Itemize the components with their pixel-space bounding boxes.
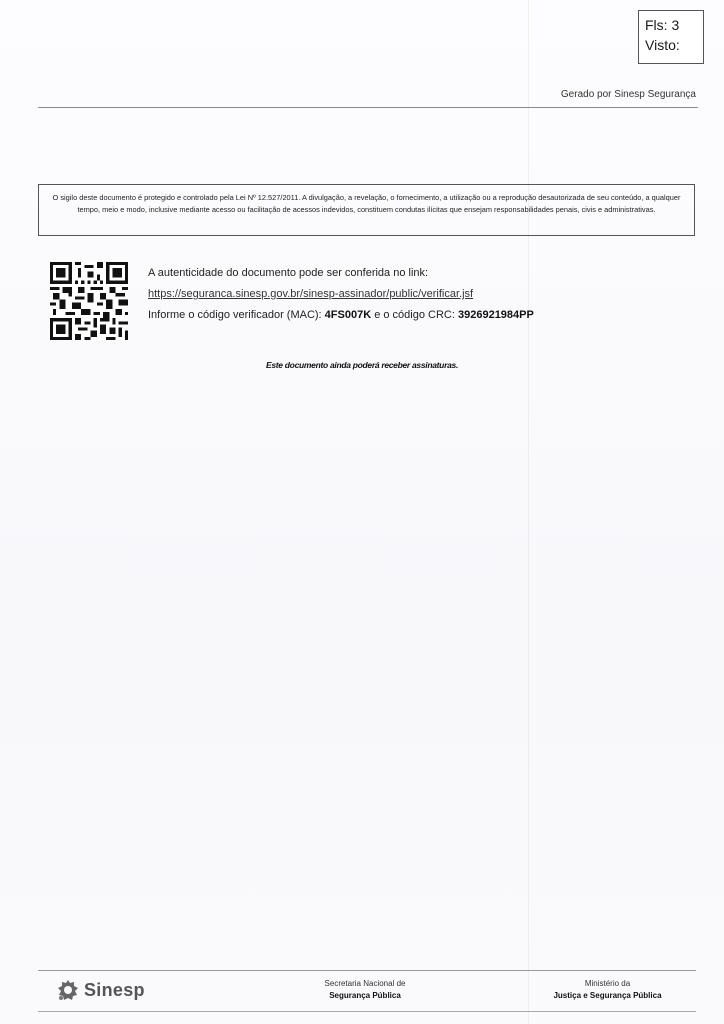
verification-block: A autenticidade do documento pode ser co… (148, 263, 534, 326)
footer-ministerio: Ministério da Justiça e Segurança Públic… (540, 978, 675, 1002)
sinesp-logo: Sinesp (56, 978, 145, 1002)
sheet-number: Fls: 3 (645, 15, 703, 35)
qr-code-icon (50, 262, 128, 340)
confidentiality-notice: O sigilo deste documento é protegido e c… (38, 184, 695, 236)
verification-codes: Informe o código verificador (MAC): 4FS0… (148, 305, 534, 326)
verification-link[interactable]: https://seguranca.sinesp.gov.br/sinesp-a… (148, 288, 473, 300)
document-page: Fls: 3 Visto: Gerado por Sinesp Seguranç… (0, 0, 724, 1024)
sinesp-logo-icon (56, 978, 80, 1002)
footer-secretaria-line1: Secretaria Nacional de (300, 978, 430, 990)
footer-divider-top (38, 970, 696, 971)
header-divider (38, 107, 698, 108)
footer-divider-bottom (38, 1011, 696, 1012)
paper-fold (528, 0, 529, 1024)
mac-code: 4FS007K (325, 309, 371, 321)
signature-notice: Este documento ainda poderá receber assi… (0, 360, 724, 370)
sinesp-logo-text: Sinesp (84, 980, 145, 1001)
visto-label: Visto: (645, 35, 703, 55)
footer-secretaria: Secretaria Nacional de Segurança Pública (300, 978, 430, 1002)
crc-code: 3926921984PP (458, 309, 534, 321)
footer-ministerio-line2: Justiça e Segurança Pública (540, 990, 675, 1002)
mac-prefix: Informe o código verificador (MAC): (148, 309, 325, 321)
generated-by: Gerado por Sinesp Segurança (561, 89, 696, 100)
sheet-stamp-box: Fls: 3 Visto: (638, 10, 704, 64)
footer-ministerio-line1: Ministério da (540, 978, 675, 990)
verification-intro: A autenticidade do documento pode ser co… (148, 263, 534, 284)
footer-secretaria-line2: Segurança Pública (300, 990, 430, 1002)
crc-prefix: e o código CRC: (371, 309, 458, 321)
